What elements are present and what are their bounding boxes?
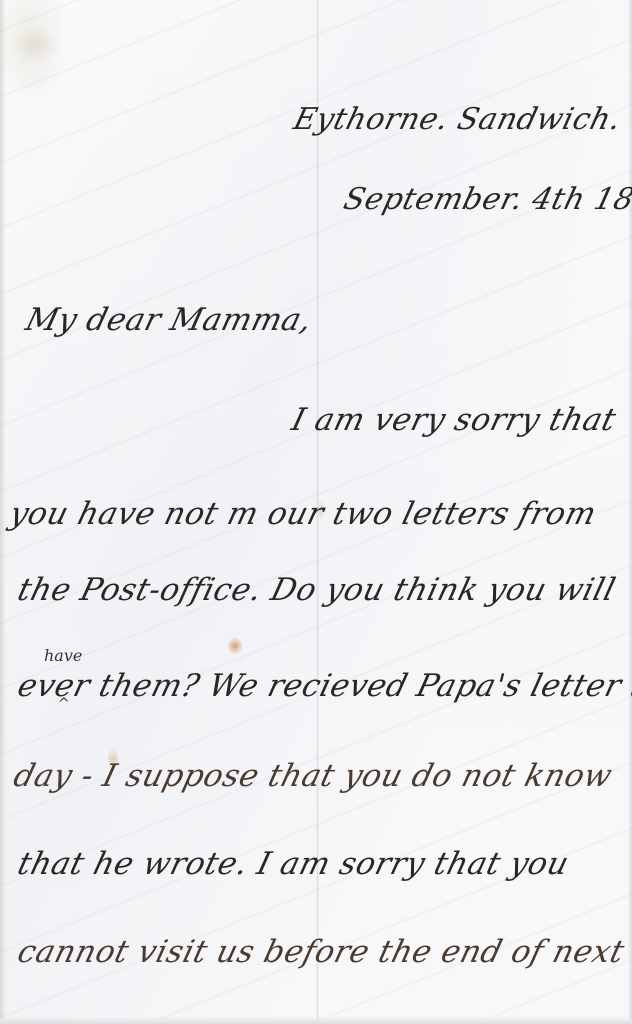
paper-edge-bottom — [0, 1016, 632, 1024]
embossed-seal-mark — [14, 28, 56, 62]
foxing-stain — [228, 638, 242, 654]
letter-address: Eythorne. Sandwich. — [290, 102, 625, 137]
letter-line-7: cannot visit us before the end of next — [14, 934, 628, 970]
letter-line-6: that he wrote. I am sorry that you — [14, 846, 573, 882]
paper-edge-right — [628, 0, 632, 1024]
inserted-word: have — [44, 646, 82, 665]
paper-edge-left — [0, 0, 6, 1024]
letter-line-2: you have not m our two letters from — [6, 496, 600, 532]
letter-line-4: ever them? We recieved Papa's letter to= — [14, 668, 632, 704]
letter-line-5: day - I suppose that you do not know — [10, 758, 616, 794]
letter-page: Eythorne. Sandwich. September. 4th 1850 … — [0, 0, 632, 1024]
letter-date: September. 4th 1850 — [340, 182, 632, 217]
letter-line-1: I am very sorry that — [288, 402, 620, 438]
letter-salutation: My dear Mamma, — [22, 302, 316, 338]
letter-line-3: the Post-office. Do you think you will — [14, 572, 619, 608]
